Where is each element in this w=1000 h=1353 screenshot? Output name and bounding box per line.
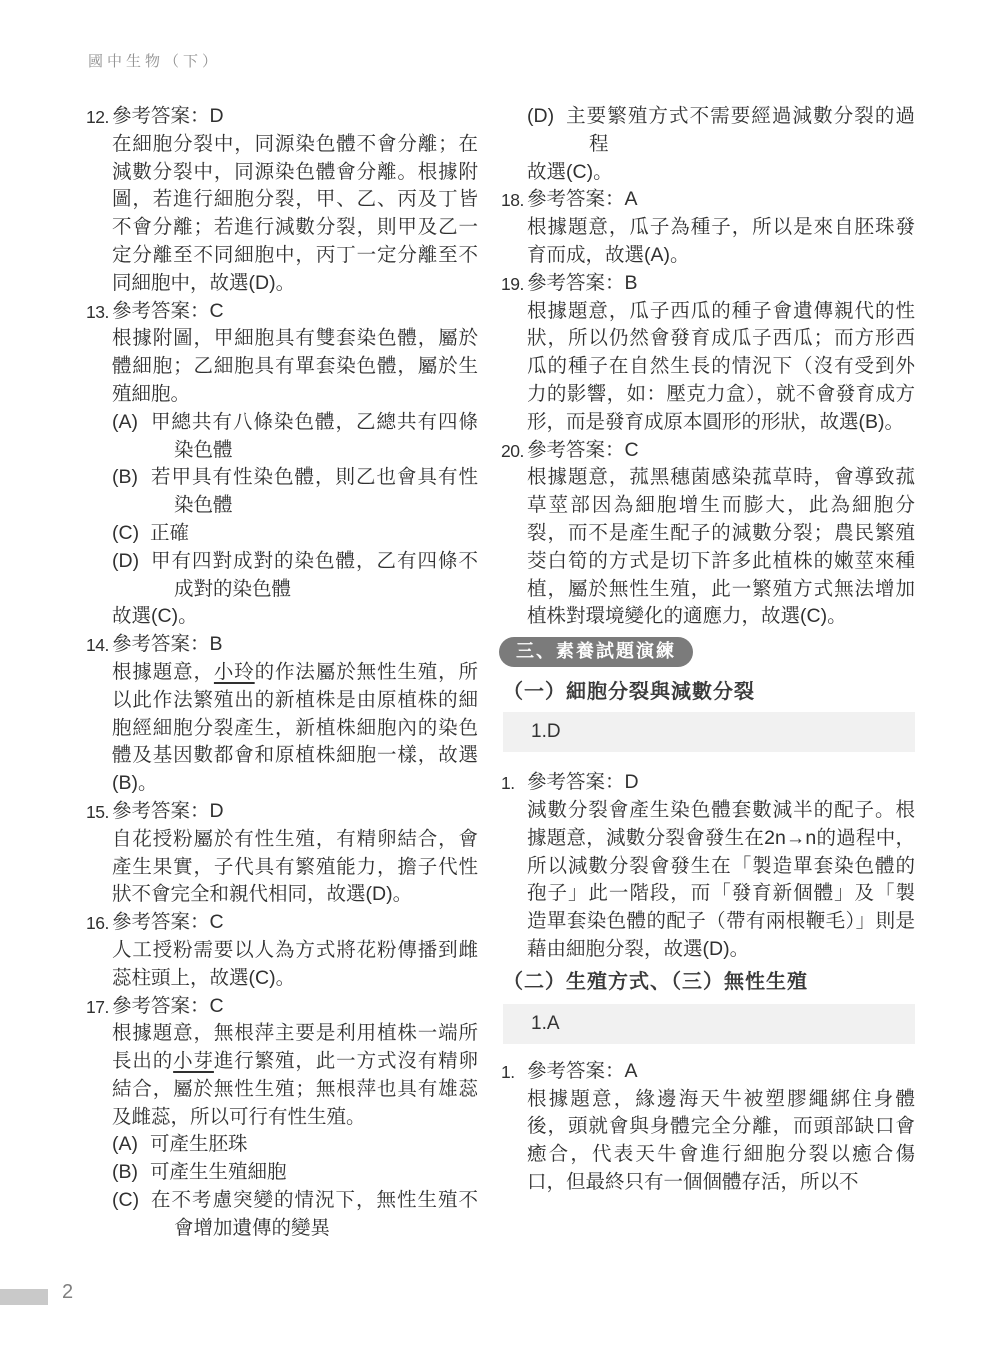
option-text: 可產生胚珠 [150, 1133, 248, 1155]
answer-item-19: 19. 參考答案：B 根據題意，瓜子西瓜的種子會遺傳親代的性狀，所以仍然會發育成… [503, 270, 915, 437]
answer-item-15: 15. 參考答案：D 自花授粉屬於有性生殖，有精卵結合，會產生果實，子代具有繁殖… [88, 798, 478, 909]
option-d: (D)主要繁殖方式不需要經過減數分裂的過程 [527, 103, 915, 159]
option-text: 甲有四對成對的染色體，乙有四條不成對的染色體 [150, 550, 478, 600]
answer-line: 參考答案：A [527, 1058, 915, 1086]
explanation-text: 自花授粉屬於有性生殖，有精卵結合，會產生果實，子代具有繁殖能力，擔子代性狀不會完… [112, 826, 478, 909]
left-column: 12. 參考答案：D 在細胞分裂中，同源染色體不會分離；在減數分裂中，同源染色體… [88, 103, 478, 1243]
item-number: 18. [501, 187, 524, 215]
option-text: 主要繁殖方式不需要經過減數分裂的過程 [565, 105, 915, 155]
answer-item-14: 14. 參考答案：B 根據題意，小玲的作法屬於無性生殖，所以此作法繁殖出的新植株… [88, 631, 478, 798]
option-d: (D)甲有四對成對的染色體，乙有四條不成對的染色體 [112, 548, 478, 604]
explanation-text: 在細胞分裂中，同源染色體不會分離；在減數分裂中，同源染色體會分離。根據附圖，若進… [112, 131, 478, 298]
underlined-term: 小玲 [214, 661, 255, 683]
option-c: (C)在不考慮突變的情況下，無性生殖不會增加遺傳的變異 [112, 1187, 478, 1243]
option-label: (A) [112, 1131, 150, 1159]
document-page: 國中生物（下） 12. 參考答案：D 在細胞分裂中，同源染色體不會分離；在減數分… [0, 0, 1000, 1353]
answer-item-16: 16. 參考答案：C 人工授粉需要以人為方式將花粉傳播到雌蕊柱頭上，故選(C)。 [88, 909, 478, 992]
option-label: (B) [112, 1159, 150, 1187]
footer-accent-bar [0, 1289, 48, 1305]
answer-item-17: 17. 參考答案：C 根據題意，無根萍主要是利用植株一端所長出的小芽進行繁殖，此… [88, 993, 478, 1243]
option-label: (B) [112, 464, 150, 492]
item-number: 12. [86, 104, 109, 132]
answer-line: 參考答案：B [527, 270, 915, 298]
explanation-text: 根據題意，瓜子西瓜的種子會遺傳親代的性狀，所以仍然會發育成瓜子西瓜；而方形西瓜的… [527, 298, 915, 437]
option-c: (C)正確 [112, 520, 478, 548]
explanation-text: 根據題意，緣邊海天牛被塑膠繩綁住身體後，頭就會與身體完全分離，而頭部缺口會癒合，… [527, 1086, 915, 1197]
explanation-text: 減數分裂會產生染色體套數減半的配子。根據題意，減數分裂會發生在2n→n的過程中，… [527, 797, 915, 964]
option-label: (C) [112, 1187, 150, 1215]
item-number: 1. [501, 1059, 515, 1087]
answer-key-box-2: 1.A [503, 1004, 915, 1044]
option-label: (D) [112, 548, 150, 576]
option-text: 可產生生殖細胞 [150, 1161, 287, 1183]
right-column: (D)主要繁殖方式不需要經過減數分裂的過程 故選(C)。 18. 參考答案：A … [503, 103, 915, 1197]
explanation-text: 根據題意，小玲的作法屬於無性生殖，所以此作法繁殖出的新植株是由原植株的細胞經細胞… [112, 659, 478, 798]
answer-line: 參考答案：D [527, 769, 915, 797]
answer-item-12: 12. 參考答案：D 在細胞分裂中，同源染色體不會分離；在減數分裂中，同源染色體… [88, 103, 478, 298]
item-number: 20. [501, 438, 524, 466]
text-segment: 根據題意， [112, 661, 214, 683]
answer-line: 參考答案：D [112, 103, 478, 131]
answer-item-20: 20. 參考答案：C 根據題意，菰黑穗菌感染菰草時，會導致菰草莖部因為細胞增生而… [503, 437, 915, 632]
answer-line: 參考答案：C [527, 437, 915, 465]
answer-line: 參考答案：B [112, 631, 478, 659]
answer-key-box-1: 1.D [503, 712, 915, 752]
subsection-title-2: （二）生殖方式、（三）無性生殖 [503, 970, 915, 995]
answer-line: 參考答案：A [527, 186, 915, 214]
answer-line: 參考答案：C [112, 298, 478, 326]
option-label: (D) [527, 103, 565, 131]
item-number: 14. [86, 632, 109, 660]
explanation-text: 根據題意，無根萍主要是利用植株一端所長出的小芽進行繁殖，此一方式沒有精卵結合，屬… [112, 1020, 478, 1131]
practice-answer-item-1: 1. 參考答案：D 減數分裂會產生染色體套數減半的配子。根據題意，減數分裂會發生… [503, 769, 915, 964]
explanation-text: 根據題意，菰黑穗菌感染菰草時，會導致菰草莖部因為細胞增生而膨大，此為細胞分裂，而… [527, 464, 915, 631]
item-number: 19. [501, 271, 524, 299]
option-a: (A)甲總共有八條染色體，乙總共有四條染色體 [112, 409, 478, 465]
item-number: 1. [501, 770, 515, 798]
underlined-term: 小芽 [173, 1050, 214, 1072]
conclusion-text: 故選(C)。 [527, 159, 915, 187]
item-number: 17. [86, 994, 109, 1022]
answer-line: 參考答案：D [112, 798, 478, 826]
conclusion-text: 故選(C)。 [112, 603, 478, 631]
item-number: 16. [86, 910, 109, 938]
page-number: 2 [62, 1281, 73, 1304]
answer-line: 參考答案：C [112, 909, 478, 937]
option-b: (B)若甲具有性染色體，則乙也會具有性染色體 [112, 464, 478, 520]
section-heading-pill: 三、素養試題演練 [499, 637, 693, 667]
item-number: 15. [86, 799, 109, 827]
option-a: (A)可產生胚珠 [112, 1131, 478, 1159]
option-label: (C) [112, 520, 150, 548]
explanation-text: 根據題意，瓜子為種子，所以是來自胚珠發育而成，故選(A)。 [527, 214, 915, 270]
option-b: (B)可產生生殖細胞 [112, 1159, 478, 1187]
subsection-title-1: （一）細胞分裂與減數分裂 [503, 680, 915, 705]
answer-item-18: 18. 參考答案：A 根據題意，瓜子為種子，所以是來自胚珠發育而成，故選(A)。 [503, 186, 915, 269]
option-text: 在不考慮突變的情況下，無性生殖不會增加遺傳的變異 [150, 1189, 478, 1239]
option-text: 甲總共有八條染色體，乙總共有四條染色體 [150, 411, 478, 461]
section-heading-row: 三、素養試題演練 [503, 637, 915, 667]
option-text: 若甲具有性染色體，則乙也會具有性染色體 [150, 466, 478, 516]
explanation-text: 人工授粉需要以人為方式將花粉傳播到雌蕊柱頭上，故選(C)。 [112, 937, 478, 993]
option-label: (A) [112, 409, 150, 437]
answer-item-13: 13. 參考答案：C 根據附圖，甲細胞具有雙套染色體，屬於體細胞；乙細胞具有單套… [88, 298, 478, 632]
practice-answer-item-2: 1. 參考答案：A 根據題意，緣邊海天牛被塑膠繩綁住身體後，頭就會與身體完全分離… [503, 1058, 915, 1197]
answer-item-17-continuation: (D)主要繁殖方式不需要經過減數分裂的過程 故選(C)。 [503, 103, 915, 186]
option-text: 正確 [150, 522, 189, 544]
answer-line: 參考答案：C [112, 993, 478, 1021]
book-title: 國中生物（下） [88, 50, 221, 71]
item-number: 13. [86, 299, 109, 327]
explanation-text: 根據附圖，甲細胞具有雙套染色體，屬於體細胞；乙細胞具有單套染色體，屬於生殖細胞。 [112, 325, 478, 408]
